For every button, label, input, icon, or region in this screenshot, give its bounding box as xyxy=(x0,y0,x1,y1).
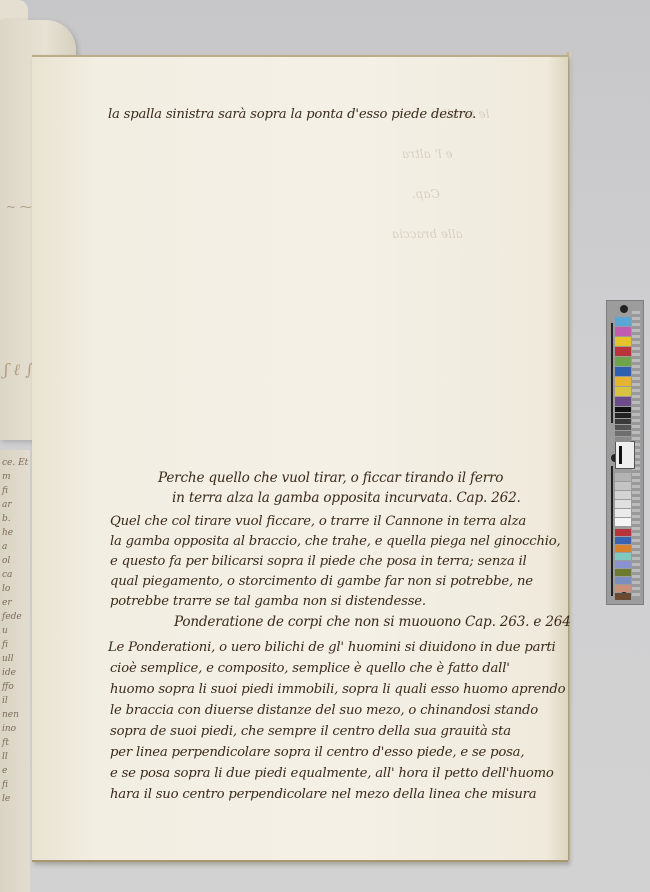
adjacent-leaf-fragment: ca xyxy=(2,570,12,580)
calibration-swatch xyxy=(615,482,631,490)
adjacent-leaf-fragment: he xyxy=(2,528,13,538)
chart-rule xyxy=(611,466,613,596)
calibration-swatch xyxy=(615,397,631,406)
section-heading-line: in terra alza la gamba opposita incurvat… xyxy=(172,490,521,506)
calibration-swatch xyxy=(615,337,631,346)
calibration-swatch xyxy=(615,537,631,544)
body-line: sopra de suoi piedi, che sempre il centr… xyxy=(110,724,511,739)
chart-mount-hole xyxy=(620,305,628,313)
adjacent-leaf-fragment: il xyxy=(2,696,8,706)
leaf-sketch-figure: ʃ ℓ ∫ xyxy=(4,360,34,380)
body-line: la gamba opposita al braccio, che trahe,… xyxy=(110,534,561,549)
adjacent-leaf-fragment: b. xyxy=(2,514,11,524)
color-calibration-chart xyxy=(606,300,644,605)
adjacent-leaf-fragment: ce. Et xyxy=(2,458,28,468)
adjacent-leaf-fragment: ar xyxy=(2,500,12,510)
calibration-swatch xyxy=(615,437,631,442)
calibration-swatch xyxy=(615,561,631,568)
adjacent-leaf-fragment: a xyxy=(2,542,7,552)
adjacent-leaf-fragment: fi xyxy=(2,486,8,496)
manuscript-page: le tendini e l' altra Cap. alle braccia … xyxy=(32,55,568,862)
adjacent-leaf-margin: ce. Etmfiarb.heaolcaloerfedeufiullideffo… xyxy=(0,450,30,892)
bleed-through-text: alle braccia xyxy=(392,227,463,241)
adjacent-leaf-fragment: fi xyxy=(2,640,8,650)
body-line: per linea perpendicolare sopra il centro… xyxy=(110,745,524,760)
body-line: qual piegamento, o storcimento di gambe … xyxy=(110,574,533,589)
calibration-swatch xyxy=(615,473,631,481)
bleed-through-text: Cap. xyxy=(412,187,440,201)
adjacent-leaf-fragment: ol xyxy=(2,556,10,566)
body-line: e questo fa per bilicarsi sopra il piede… xyxy=(110,554,527,569)
body-line: Quel che col tirare vuol ficcare, o trar… xyxy=(110,514,526,529)
adjacent-leaf-fragment: u xyxy=(2,626,8,636)
calibration-swatch xyxy=(615,569,631,576)
adjacent-leaf-fragment: ino xyxy=(2,724,16,734)
adjacent-leaf-fragment: le xyxy=(2,794,10,804)
body-line: cioè semplice, e composito, semplice è q… xyxy=(110,661,510,676)
adjacent-leaf-fragment: e xyxy=(2,766,7,776)
chart-rule xyxy=(611,323,613,423)
calibration-swatch xyxy=(615,491,631,499)
body-line: le braccia con diuerse distanze del suo … xyxy=(110,703,538,718)
body-line: e se posa sopra li due piedi equalmente,… xyxy=(110,766,554,781)
adjacent-leaf-fragment: er xyxy=(2,598,12,608)
calibration-swatch xyxy=(615,387,631,396)
top-text-line: la spalla sinistra sarà sopra la ponta d… xyxy=(108,107,476,122)
calibration-swatch xyxy=(615,317,631,326)
adjacent-leaf-fragment: ffo xyxy=(2,682,14,692)
adjacent-leaf-fragment: nen xyxy=(2,710,19,720)
chart-target-patch xyxy=(615,441,635,469)
adjacent-leaf-fragment: ll xyxy=(2,752,8,762)
calibration-swatch xyxy=(615,413,631,418)
calibration-swatch xyxy=(615,529,631,536)
calibration-swatch xyxy=(615,419,631,424)
calibration-swatch xyxy=(615,357,631,366)
calibration-swatch xyxy=(615,518,631,526)
calibration-swatch xyxy=(615,585,631,592)
calibration-swatch xyxy=(615,431,631,436)
calibration-swatch xyxy=(615,545,631,552)
calibration-swatch xyxy=(615,367,631,376)
adjacent-leaf-fragment: fede xyxy=(2,612,22,622)
adjacent-leaf-fragment: ft xyxy=(2,738,9,748)
calibration-swatch xyxy=(615,509,631,517)
calibration-swatch xyxy=(615,425,631,430)
body-line: potrebbe trarre se tal gamba non si dist… xyxy=(110,594,426,609)
calibration-swatch xyxy=(615,377,631,386)
calibration-swatch xyxy=(615,577,631,584)
calibration-swatch xyxy=(615,500,631,508)
adjacent-leaf-fragment: m xyxy=(2,472,11,482)
calibration-swatch xyxy=(615,553,631,560)
body-line: Le Ponderationi, o uero bilichi de gl' h… xyxy=(108,640,556,655)
section-heading-line: Perche quello che vuol tirar, o ficcar t… xyxy=(158,470,503,486)
calibration-swatch xyxy=(615,593,631,600)
bleed-through-text: e l' altra xyxy=(402,147,453,161)
adjacent-leaf-fragment: ide xyxy=(2,668,16,678)
section-heading-line: Ponderatione de corpi che non si muouono… xyxy=(174,614,571,630)
adjacent-leaf-fragment: lo xyxy=(2,584,10,594)
body-line: hara il suo centro perpendicolare nel me… xyxy=(110,787,536,802)
calibration-swatch xyxy=(615,347,631,356)
body-line: huomo sopra li suoi piedi immobili, sopr… xyxy=(110,682,565,697)
adjacent-leaf-fragment: ull xyxy=(2,654,14,664)
calibration-swatch xyxy=(615,327,631,336)
calibration-swatch xyxy=(615,407,631,412)
adjacent-leaf-fragment: fi xyxy=(2,780,8,790)
